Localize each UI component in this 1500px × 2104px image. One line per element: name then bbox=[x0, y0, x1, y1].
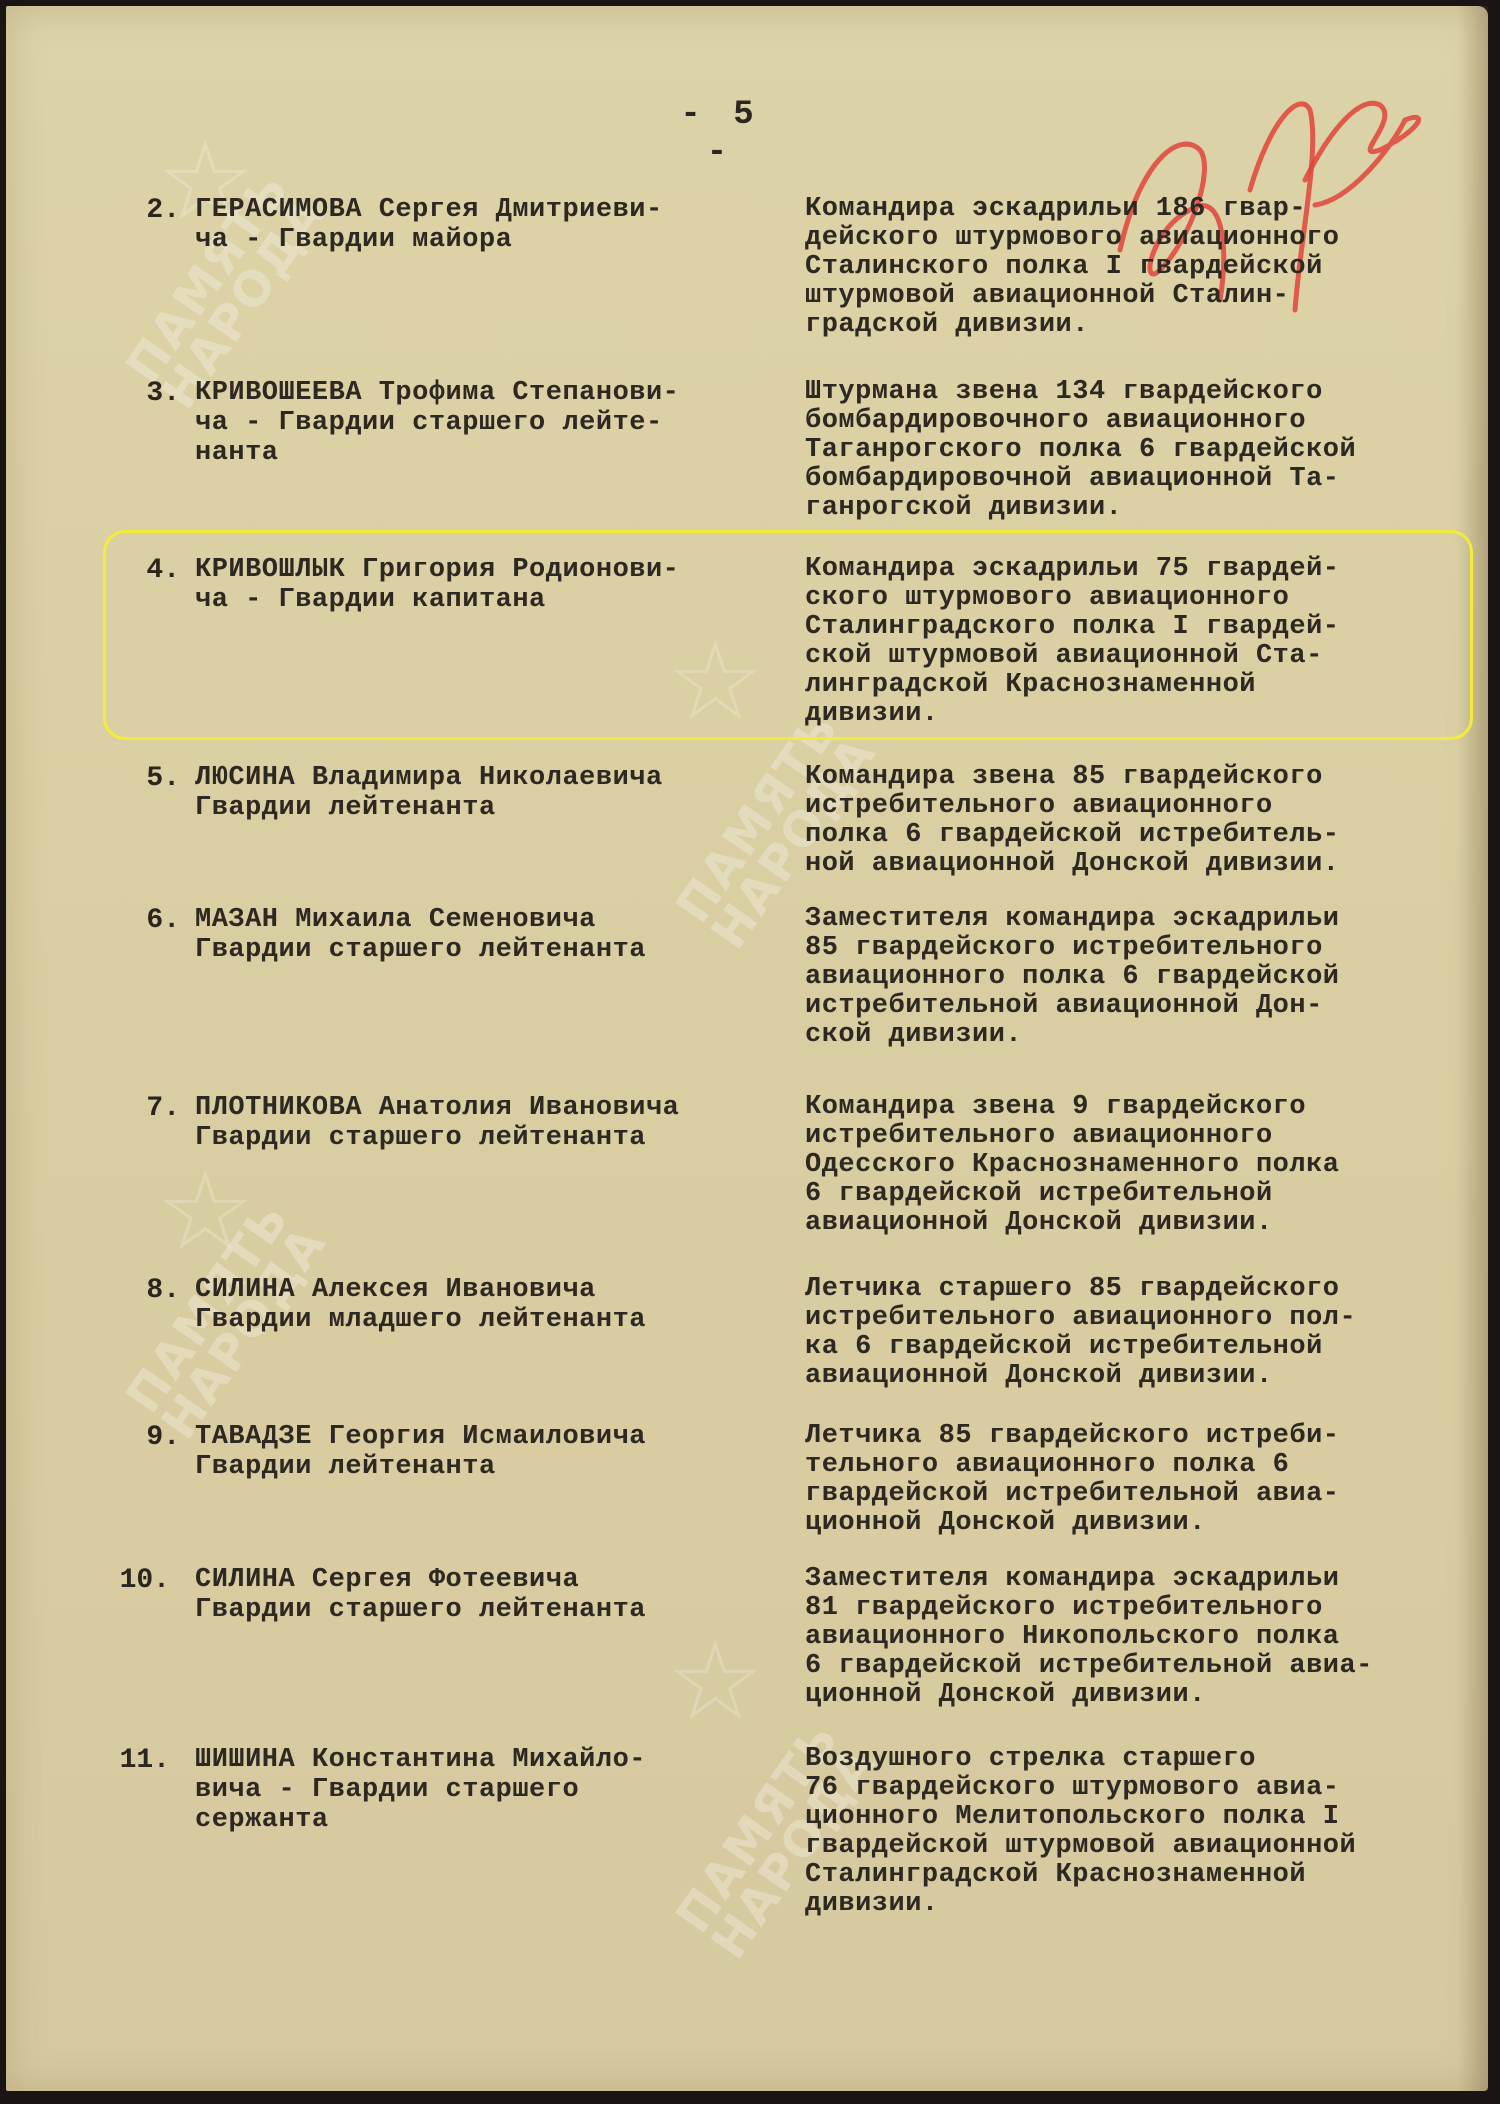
entry-number: 11. bbox=[100, 1745, 170, 1776]
entry-number: 7. bbox=[110, 1093, 180, 1124]
entry-number: 3. bbox=[110, 378, 180, 409]
watermark-star-icon: ☆ bbox=[156, 1156, 255, 1266]
entry-name-rank: ГЕРАСИМОВА Сергея Дмитриеви- ча - Гварди… bbox=[195, 195, 765, 255]
entry-unit-description: Командира звена 9 гвардейского истребите… bbox=[805, 1093, 1465, 1238]
entry-number: 5. bbox=[110, 763, 180, 794]
entry-name-rank: ТАВАДЗЕ Георгия Исмаиловича Гвардии лейт… bbox=[195, 1422, 765, 1482]
entry-name-rank: КРИВОШЕЕВА Трофима Степанови- ча - Гвард… bbox=[195, 378, 765, 468]
entry-number: 2. bbox=[110, 195, 180, 226]
entry-unit-description: Заместителя командира эскадрильи 81 гвар… bbox=[805, 1565, 1465, 1710]
entry-number: 6. bbox=[110, 905, 180, 936]
entry-number: 8. bbox=[110, 1275, 180, 1306]
entry-unit-description: Командира эскадрильи 75 гвардей- ского ш… bbox=[805, 555, 1465, 729]
entry-name-rank: СИЛИНА Сергея Фотеевича Гвардии старшего… bbox=[195, 1565, 765, 1625]
entry-unit-description: Летчика 85 гвардейского истреби- тельног… bbox=[805, 1422, 1465, 1538]
entry-name-rank: ПЛОТНИКОВА Анатолия Ивановича Гвардии ст… bbox=[195, 1093, 765, 1153]
entry-unit-description: Летчика старшего 85 гвардейского истреби… bbox=[805, 1275, 1465, 1391]
entry-name-rank: ШИШИНА Константина Михайло- вича - Гвард… bbox=[195, 1745, 765, 1835]
entry-name-rank: КРИВОШЛЫК Григория Родионови- ча - Гвард… bbox=[195, 555, 765, 615]
entry-number: 10. bbox=[100, 1565, 170, 1596]
entry-unit-description: Командира эскадрильи 186 гвар- дейского … bbox=[805, 195, 1465, 340]
entry-number: 4. bbox=[110, 555, 180, 586]
entry-name-rank: ЛЮСИНА Владимира Николаевича Гвардии лей… bbox=[195, 763, 765, 823]
page-number: - 5 - bbox=[660, 96, 780, 172]
watermark-star-icon: ☆ bbox=[666, 1626, 765, 1736]
entry-unit-description: Командира звена 85 гвардейского истребит… bbox=[805, 763, 1465, 879]
entry-name-rank: СИЛИНА Алексея Ивановича Гвардии младшег… bbox=[195, 1275, 765, 1335]
entry-unit-description: Штурмана звена 134 гвардейского бомбарди… bbox=[805, 378, 1465, 523]
entry-unit-description: Заместителя командира эскадрильи 85 гвар… bbox=[805, 905, 1465, 1050]
entry-unit-description: Воздушного стрелка старшего 76 гвардейск… bbox=[805, 1745, 1465, 1919]
entry-name-rank: МАЗАН Михаила Семеновича Гвардии старшег… bbox=[195, 905, 765, 965]
entry-number: 9. bbox=[110, 1422, 180, 1453]
